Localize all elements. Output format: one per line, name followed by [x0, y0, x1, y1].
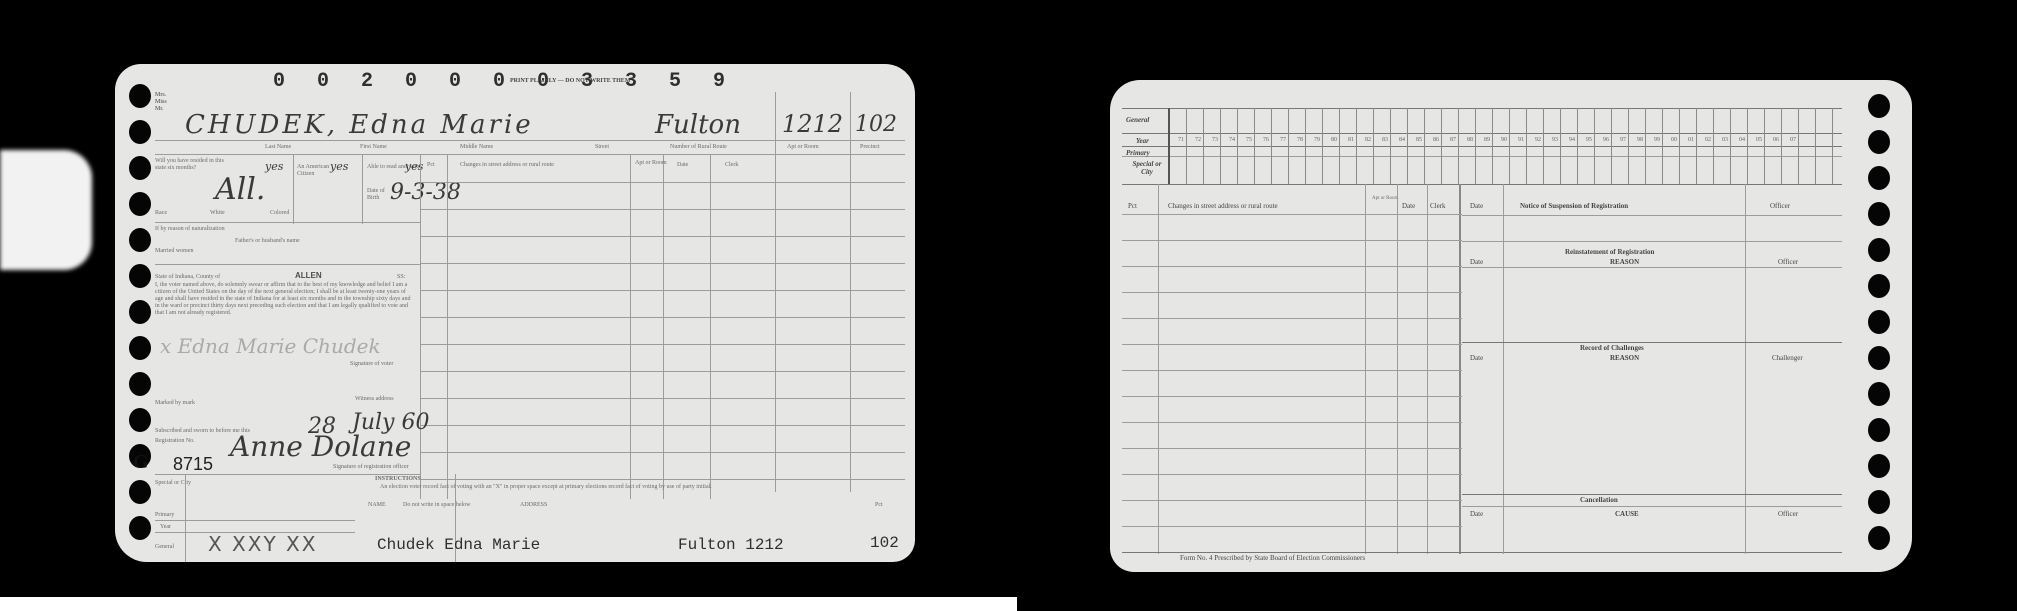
form-footer: Form No. 4 Prescribed by State Board of … — [1180, 554, 1365, 562]
punch-hole — [1868, 454, 1890, 478]
rule — [1122, 240, 1462, 241]
punch-hole — [1868, 526, 1890, 550]
divider — [850, 92, 851, 492]
divider — [630, 154, 631, 499]
punch-hole — [1868, 490, 1890, 514]
punch-hole — [129, 120, 151, 144]
registration-label: Registration No. — [155, 438, 195, 444]
rule — [420, 371, 905, 372]
rule — [1462, 267, 1842, 268]
punch-hole — [129, 192, 151, 216]
label-middle-name: Middle Name — [460, 144, 493, 150]
voter-name-handwritten: CHUDEK, Edna Marie — [185, 110, 534, 140]
reinstatement-date: Date — [1470, 258, 1483, 266]
vote-row-general: General — [155, 544, 174, 550]
footer-name-label: NAME — [368, 502, 386, 508]
rule — [1122, 526, 1462, 527]
punch-hole — [129, 480, 151, 504]
officer-signature-label: Signature of registration officer — [333, 464, 409, 470]
answer-county: All. — [215, 172, 265, 207]
title-prefix: Mrs. Miss Mr. — [155, 92, 167, 113]
rule — [1462, 506, 1842, 507]
col-pct: Pct — [1128, 202, 1137, 210]
rule — [420, 317, 905, 318]
punch-hole — [129, 336, 151, 360]
col-changes: Changes in street address or rural route — [1168, 202, 1278, 210]
cancellation-cause: CAUSE — [1615, 510, 1639, 518]
oath-ss: SS: — [397, 274, 405, 280]
voter-signature-label: Signature of voter — [350, 361, 393, 367]
rule — [1122, 370, 1462, 371]
punch-hole — [1868, 130, 1890, 154]
rule — [155, 222, 420, 223]
reinstatement-officer: Officer — [1778, 258, 1798, 266]
registration-card-back: General Year Primary Special or City 71 … — [1110, 80, 1912, 572]
divider — [710, 154, 711, 499]
stamped-name: Chudek Edna Marie — [377, 536, 540, 554]
divider — [447, 154, 448, 499]
label-married-women: Married women — [155, 248, 225, 255]
rule — [1122, 184, 1842, 185]
street-handwritten: Fulton — [655, 110, 741, 140]
rule — [420, 398, 905, 399]
divider — [663, 154, 664, 499]
oath-body: I, the voter named above, do solemnly sw… — [155, 282, 415, 317]
rule — [420, 182, 905, 183]
row-special-city: Special or City — [1130, 160, 1164, 176]
rule — [1462, 342, 1842, 343]
answer-resided: yes — [265, 160, 283, 173]
officer-signature: Anne Dolane — [230, 430, 411, 463]
scan-edge-strip — [0, 597, 1017, 611]
stamped-precinct: 102 — [870, 534, 899, 552]
label-race: Race — [155, 210, 167, 216]
rule — [1122, 552, 1842, 553]
divider — [293, 154, 294, 224]
witness-address-label: Witness address — [355, 396, 394, 402]
rule — [1122, 500, 1462, 501]
punch-hole — [129, 300, 151, 324]
rule — [420, 209, 905, 210]
label-rural-route: Number of Rural Route — [670, 144, 727, 150]
year-grid-lines — [1170, 108, 1842, 184]
punch-hole — [129, 156, 151, 180]
punch-hole — [129, 264, 151, 288]
adjacent-card-edge — [0, 150, 92, 270]
divider — [1745, 184, 1746, 554]
rule — [1122, 266, 1462, 267]
rule — [420, 344, 905, 345]
label-precinct: Precinct — [860, 144, 880, 150]
col-apt: Apt or Room — [635, 160, 667, 166]
rule — [420, 452, 905, 453]
row-general: General — [1126, 116, 1149, 124]
challenges-challenger: Challenger — [1772, 354, 1803, 362]
label-naturalization: If by reason of naturalization — [155, 226, 225, 233]
challenges-date: Date — [1470, 354, 1483, 362]
rule — [420, 425, 905, 426]
suspension-title: Notice of Suspension of Registration — [1520, 202, 1628, 210]
header-notice: PRINT PLAINLY — DO NOT WRITE THEM — [510, 78, 630, 84]
rule — [420, 236, 905, 237]
col-clerk: Clerk — [1430, 202, 1446, 210]
col-apt: Apt or Room — [1372, 196, 1398, 201]
cancellation-title: Cancellation — [1580, 496, 1618, 504]
col-date: Date — [677, 162, 688, 168]
name-underline — [155, 140, 905, 141]
punch-hole — [1868, 166, 1890, 190]
row-primary: Primary — [1126, 149, 1150, 157]
col-date: Date — [1402, 202, 1415, 210]
footer-pct-label: Pct — [875, 502, 883, 508]
rule — [1462, 241, 1842, 242]
rule — [420, 290, 905, 291]
cancellation-date: Date — [1470, 510, 1483, 518]
date-of-birth: 9-3-38 — [390, 180, 461, 205]
general-vote-marks: X XXY XX — [208, 532, 317, 556]
serial-number: 0 0 2 0 0 0 0 3 3 5 9 — [273, 70, 735, 93]
instructions-title: INSTRUCTIONS — [375, 476, 421, 482]
label-husband-name: Father's or husband's name — [235, 238, 300, 244]
divider — [362, 154, 363, 224]
suspension-officer: Officer — [1770, 202, 1790, 210]
witness-label: Marked by mark — [155, 400, 195, 406]
col-pct: Pct — [427, 162, 435, 168]
reinstatement-title: Reinstatement of Registration — [1565, 248, 1654, 256]
reinstatement-reason: REASON — [1610, 258, 1639, 266]
answer-american-citizen: yes — [330, 160, 348, 173]
punch-hole — [129, 408, 151, 432]
suspension-date: Date — [1470, 202, 1483, 210]
punch-hole — [129, 84, 151, 108]
row-year: Year — [1136, 137, 1149, 145]
vote-row-primary: Primary — [155, 512, 174, 518]
oath-state-line: State of Indiana, County of — [155, 274, 220, 280]
precinct-handwritten: 102 — [855, 112, 897, 137]
divider — [1503, 184, 1504, 554]
punch-hole — [1868, 238, 1890, 262]
punch-hole — [1868, 382, 1890, 406]
punch-hole — [1868, 310, 1890, 334]
cancellation-officer: Officer — [1778, 510, 1798, 518]
rule — [1122, 318, 1462, 319]
registration-card-front: 0 0 2 0 0 0 0 3 3 5 9 PRINT PLAINLY — DO… — [115, 64, 915, 562]
footer-do-not-write: Do not write in space below — [403, 502, 470, 508]
punch-hole — [129, 516, 151, 540]
divider — [420, 154, 421, 499]
punch-hole — [1868, 202, 1890, 226]
registration-letter: G — [133, 451, 149, 474]
label-white: White — [210, 210, 225, 216]
label-street: Street — [595, 144, 609, 150]
divider — [775, 92, 776, 492]
punch-hole — [1868, 274, 1890, 298]
divider — [185, 474, 186, 562]
punch-hole — [1868, 94, 1890, 118]
instructions-body: An election voter record fact of voting … — [380, 484, 800, 491]
rule — [155, 474, 420, 475]
label-first-name: First Name — [360, 144, 387, 150]
oath-county: ALLEN — [295, 271, 322, 280]
label-resided: Will you have resided in this state six … — [155, 158, 235, 172]
challenges-reason: REASON — [1610, 354, 1639, 362]
rule — [1122, 396, 1462, 397]
rule — [1462, 494, 1842, 495]
rule — [1122, 344, 1462, 345]
rule — [1462, 215, 1842, 216]
challenges-title: Record of Challenges — [1580, 344, 1644, 352]
rule — [1122, 292, 1462, 293]
punch-hole — [129, 228, 151, 252]
col-clerk: Clerk — [725, 162, 738, 168]
label-last-name: Last Name — [265, 144, 291, 150]
rule — [155, 264, 420, 265]
rule — [155, 154, 905, 155]
rule — [420, 479, 905, 480]
rule — [1122, 422, 1462, 423]
label-colored: Colored — [270, 210, 289, 216]
stamped-address: Fulton 1212 — [678, 536, 784, 554]
label-apt: Apt or Room — [787, 144, 819, 150]
registration-number: 8715 — [173, 454, 213, 475]
footer-address-label: ADDRESS — [520, 502, 547, 508]
apt-handwritten: 1212 — [782, 110, 843, 138]
punch-hole — [1868, 346, 1890, 370]
rule — [1122, 214, 1462, 215]
voter-signature: x Edna Marie Chudek — [160, 334, 381, 358]
rule — [1122, 474, 1462, 475]
vote-row-year: Year — [160, 524, 171, 530]
rule — [1122, 448, 1462, 449]
rule — [420, 263, 905, 264]
punch-hole — [1868, 418, 1890, 442]
punch-hole — [129, 372, 151, 396]
col-changes: Changes in street address or rural route — [460, 162, 554, 168]
